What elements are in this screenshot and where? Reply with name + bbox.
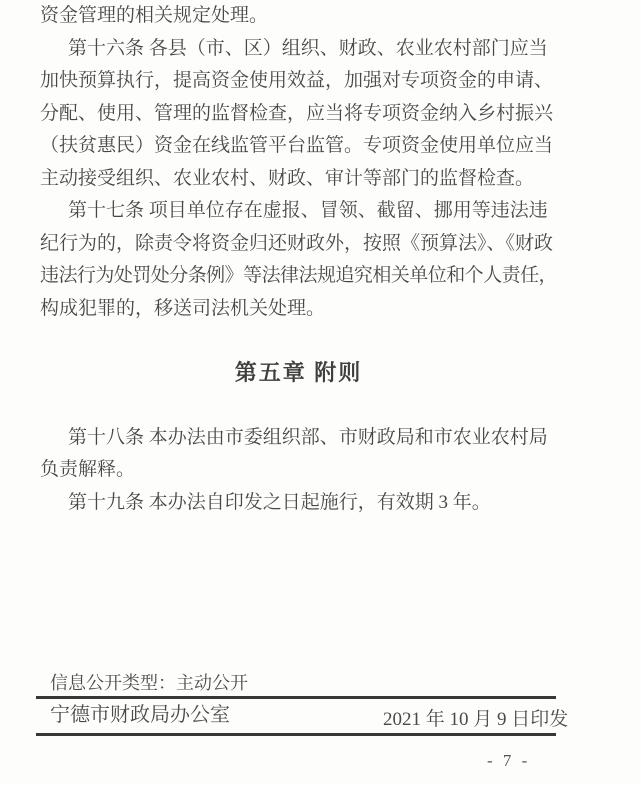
text-line: （扶贫惠民）资金在线监管平台监管。专项资金使用单位应当: [40, 130, 557, 163]
text-line: 第十九条 本办法自印发之日起施行，有效期 3 年。: [40, 487, 557, 520]
text-line: 违法行为处罚处分条例》等法律法规追究相关单位和个人责任，: [40, 260, 557, 293]
issuing-office: 宁德市财政局办公室: [50, 702, 230, 728]
separator-rule-top: [36, 696, 556, 699]
info-disclosure-type: 信息公开类型：主动公开: [50, 672, 248, 694]
text-line: 加快预算执行，提高资金使用效益，加强对专项资金的申请、: [40, 65, 557, 98]
text-line: 资金管理的相关规定处理。: [40, 0, 557, 33]
document-page: 资金管理的相关规定处理。第十六条 各县（市、区）组织、财政、农业农村部门应当加快…: [0, 0, 641, 785]
text-line: 纪行为的，除责令将资金归还财政外，按照《预算法》、《财政: [40, 228, 557, 261]
text-line: 第十六条 各县（市、区）组织、财政、农业农村部门应当: [40, 33, 557, 66]
text-line: 第十八条 本办法由市委组织部、市财政局和市农业农村局: [40, 422, 557, 455]
text-line: 分配、使用、管理的监督检查，应当将专项资金纳入乡村振兴: [40, 98, 557, 131]
print-date: 2021 年 10 月 9 日印发: [383, 708, 568, 732]
body-section-2: 第十八条 本办法由市委组织部、市财政局和市农业农村局负责解释。第十九条 本办法自…: [40, 422, 557, 520]
text-line: 构成犯罪的，移送司法机关处理。: [40, 293, 557, 326]
chapter-heading: 第五章 附则: [40, 357, 557, 390]
text-line: 主动接受组织、农业农村、财政、审计等部门的监督检查。: [40, 163, 557, 196]
separator-rule-bottom: [36, 733, 556, 736]
text-line: 第十七条 项目单位存在虚报、冒领、截留、挪用等违法违: [40, 195, 557, 228]
body-section-1: 资金管理的相关规定处理。第十六条 各县（市、区）组织、财政、农业农村部门应当加快…: [40, 0, 557, 325]
text-line: 负责解释。: [40, 454, 557, 487]
document-body: 资金管理的相关规定处理。第十六条 各县（市、区）组织、财政、农业农村部门应当加快…: [40, 0, 557, 519]
page-number: - 7 -: [487, 751, 530, 771]
